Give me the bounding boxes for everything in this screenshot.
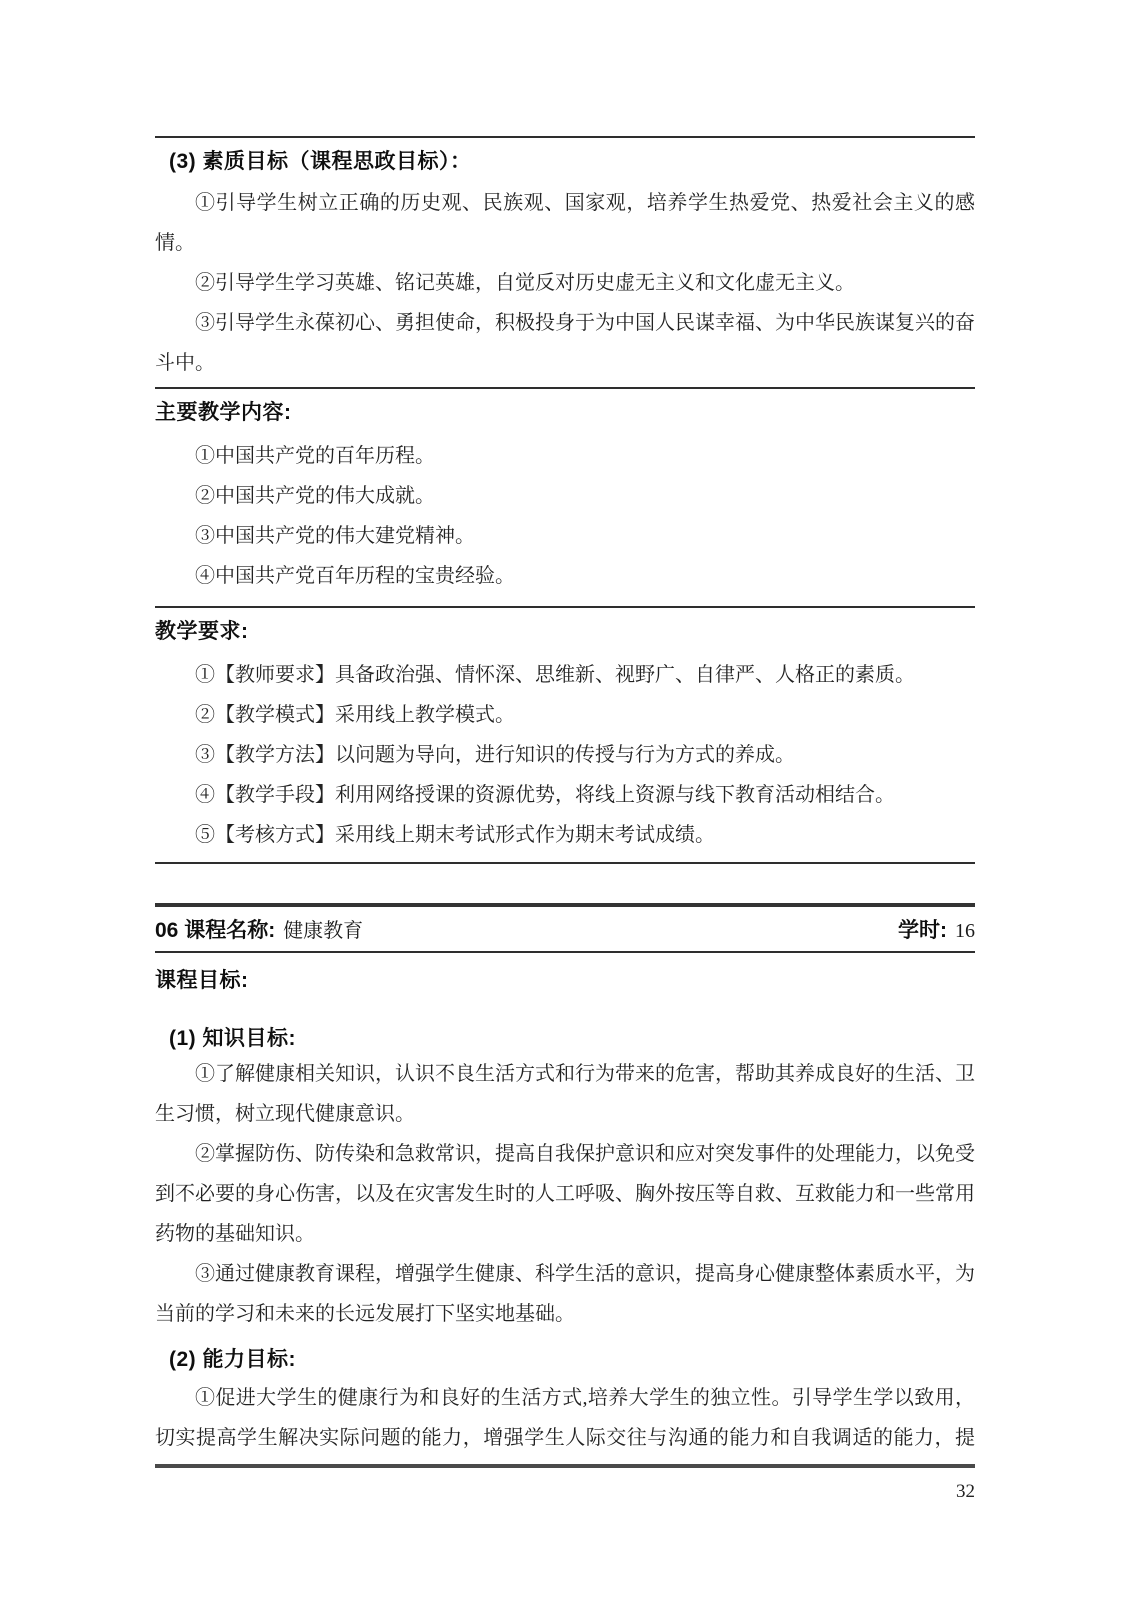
section-divider xyxy=(155,862,975,864)
course-hours-group: 学时: 16 xyxy=(898,914,975,944)
ability-goal-list: ①促进大学生的健康行为和良好的生活方式,培养大学生的独立性。引导学生学以致用，切… xyxy=(155,1378,975,1458)
teaching-content-item: ②中国共产党的伟大成就。 xyxy=(155,476,975,516)
teaching-requirement-item: ②【教学模式】采用线上教学模式。 xyxy=(155,695,975,735)
course-hours-label: 学时: xyxy=(898,914,947,944)
section-divider xyxy=(155,606,975,608)
section-course-goals: 课程目标: (1) 知识目标: ①了解健康相关知识，认识不良生活方式和行为带来的… xyxy=(155,966,975,1458)
ability-goal-heading: (2) 能力目标: xyxy=(155,1345,975,1375)
course-name: 健康教育 xyxy=(283,914,363,943)
knowledge-goal-list: ①了解健康相关知识，认识不良生活方式和行为带来的危害，帮助其养成良好的生活、卫生… xyxy=(155,1054,975,1334)
quality-goal-list: ①引导学生树立正确的历史观、民族观、国家观，培养学生热爱党、热爱社会主义的感情。… xyxy=(155,183,975,383)
knowledge-goal-heading: (1) 知识目标: xyxy=(155,1024,975,1054)
page-content: (3) 素质目标（课程思政目标）： ①引导学生树立正确的历史观、民族观、国家观，… xyxy=(155,0,975,1503)
knowledge-goal-item: ①了解健康相关知识，认识不良生活方式和行为带来的危害，帮助其养成良好的生活、卫生… xyxy=(155,1054,975,1134)
teaching-content-item: ④中国共产党百年历程的宝贵经验。 xyxy=(155,556,975,596)
course-goals-heading: 课程目标: xyxy=(155,966,975,996)
page-number: 32 xyxy=(155,1481,975,1503)
quality-goal-heading: (3) 素质目标（课程思政目标）： xyxy=(155,147,975,177)
course-header-band: 06 课程名称: 健康教育 学时: 16 xyxy=(155,903,975,953)
section-divider xyxy=(155,387,975,389)
teaching-requirement-item: ①【教师要求】具备政治强、情怀深、思维新、视野广、自律严、人格正的素质。 xyxy=(155,655,975,695)
teaching-requirement-item: ③【教学方法】以问题为导向，进行知识的传授与行为方式的养成。 xyxy=(155,735,975,775)
quality-goal-item: ②引导学生学习英雄、铭记英雄，自觉反对历史虚无主义和文化虚无主义。 xyxy=(155,263,975,303)
course-name-group: 06 课程名称: 健康教育 xyxy=(155,914,363,944)
teaching-content-item: ①中国共产党的百年历程。 xyxy=(155,436,975,476)
footer-double-rule xyxy=(155,1464,975,1468)
section-teaching-requirements: 教学要求: ①【教师要求】具备政治强、情怀深、思维新、视野广、自律严、人格正的素… xyxy=(155,617,975,855)
section-quality-goal: (3) 素质目标（课程思政目标）： ①引导学生树立正确的历史观、民族观、国家观，… xyxy=(155,147,975,383)
section-teaching-content: 主要教学内容: ①中国共产党的百年历程。 ②中国共产党的伟大成就。 ③中国共产党… xyxy=(155,398,975,596)
teaching-requirements-list: ①【教师要求】具备政治强、情怀深、思维新、视野广、自律严、人格正的素质。 ②【教… xyxy=(155,655,975,855)
quality-goal-item: ①引导学生树立正确的历史观、民族观、国家观，培养学生热爱党、热爱社会主义的感情。 xyxy=(155,183,975,263)
document-page: (3) 素质目标（课程思政目标）： ①引导学生树立正确的历史观、民族观、国家观，… xyxy=(0,0,1131,1600)
ability-goal-item: ①促进大学生的健康行为和良好的生活方式,培养大学生的独立性。引导学生学以致用，切… xyxy=(155,1378,975,1458)
teaching-requirement-item: ⑤【考核方式】采用线上期末考试形式作为期末考试成绩。 xyxy=(155,815,975,855)
teaching-requirements-heading: 教学要求: xyxy=(155,617,975,647)
section-divider-top xyxy=(155,136,975,138)
teaching-content-item: ③中国共产党的伟大建党精神。 xyxy=(155,516,975,556)
knowledge-goal-item: ③通过健康教育课程，增强学生健康、科学生活的意识，提高身心健康整体素质水平，为当… xyxy=(155,1254,975,1334)
course-hours-value: 16 xyxy=(955,920,975,943)
teaching-content-list: ①中国共产党的百年历程。 ②中国共产党的伟大成就。 ③中国共产党的伟大建党精神。… xyxy=(155,436,975,596)
quality-goal-item: ③引导学生永葆初心、勇担使命，积极投身于为中国人民谋幸福、为中华民族谋复兴的奋斗… xyxy=(155,303,975,383)
teaching-content-heading: 主要教学内容: xyxy=(155,398,975,428)
knowledge-goal-item: ②掌握防伤、防传染和急救常识，提高自我保护意识和应对突发事件的处理能力，以免受到… xyxy=(155,1134,975,1254)
teaching-requirement-item: ④【教学手段】利用网络授课的资源优势，将线上资源与线下教育活动相结合。 xyxy=(155,775,975,815)
course-number-label: 06 课程名称: xyxy=(155,914,275,944)
